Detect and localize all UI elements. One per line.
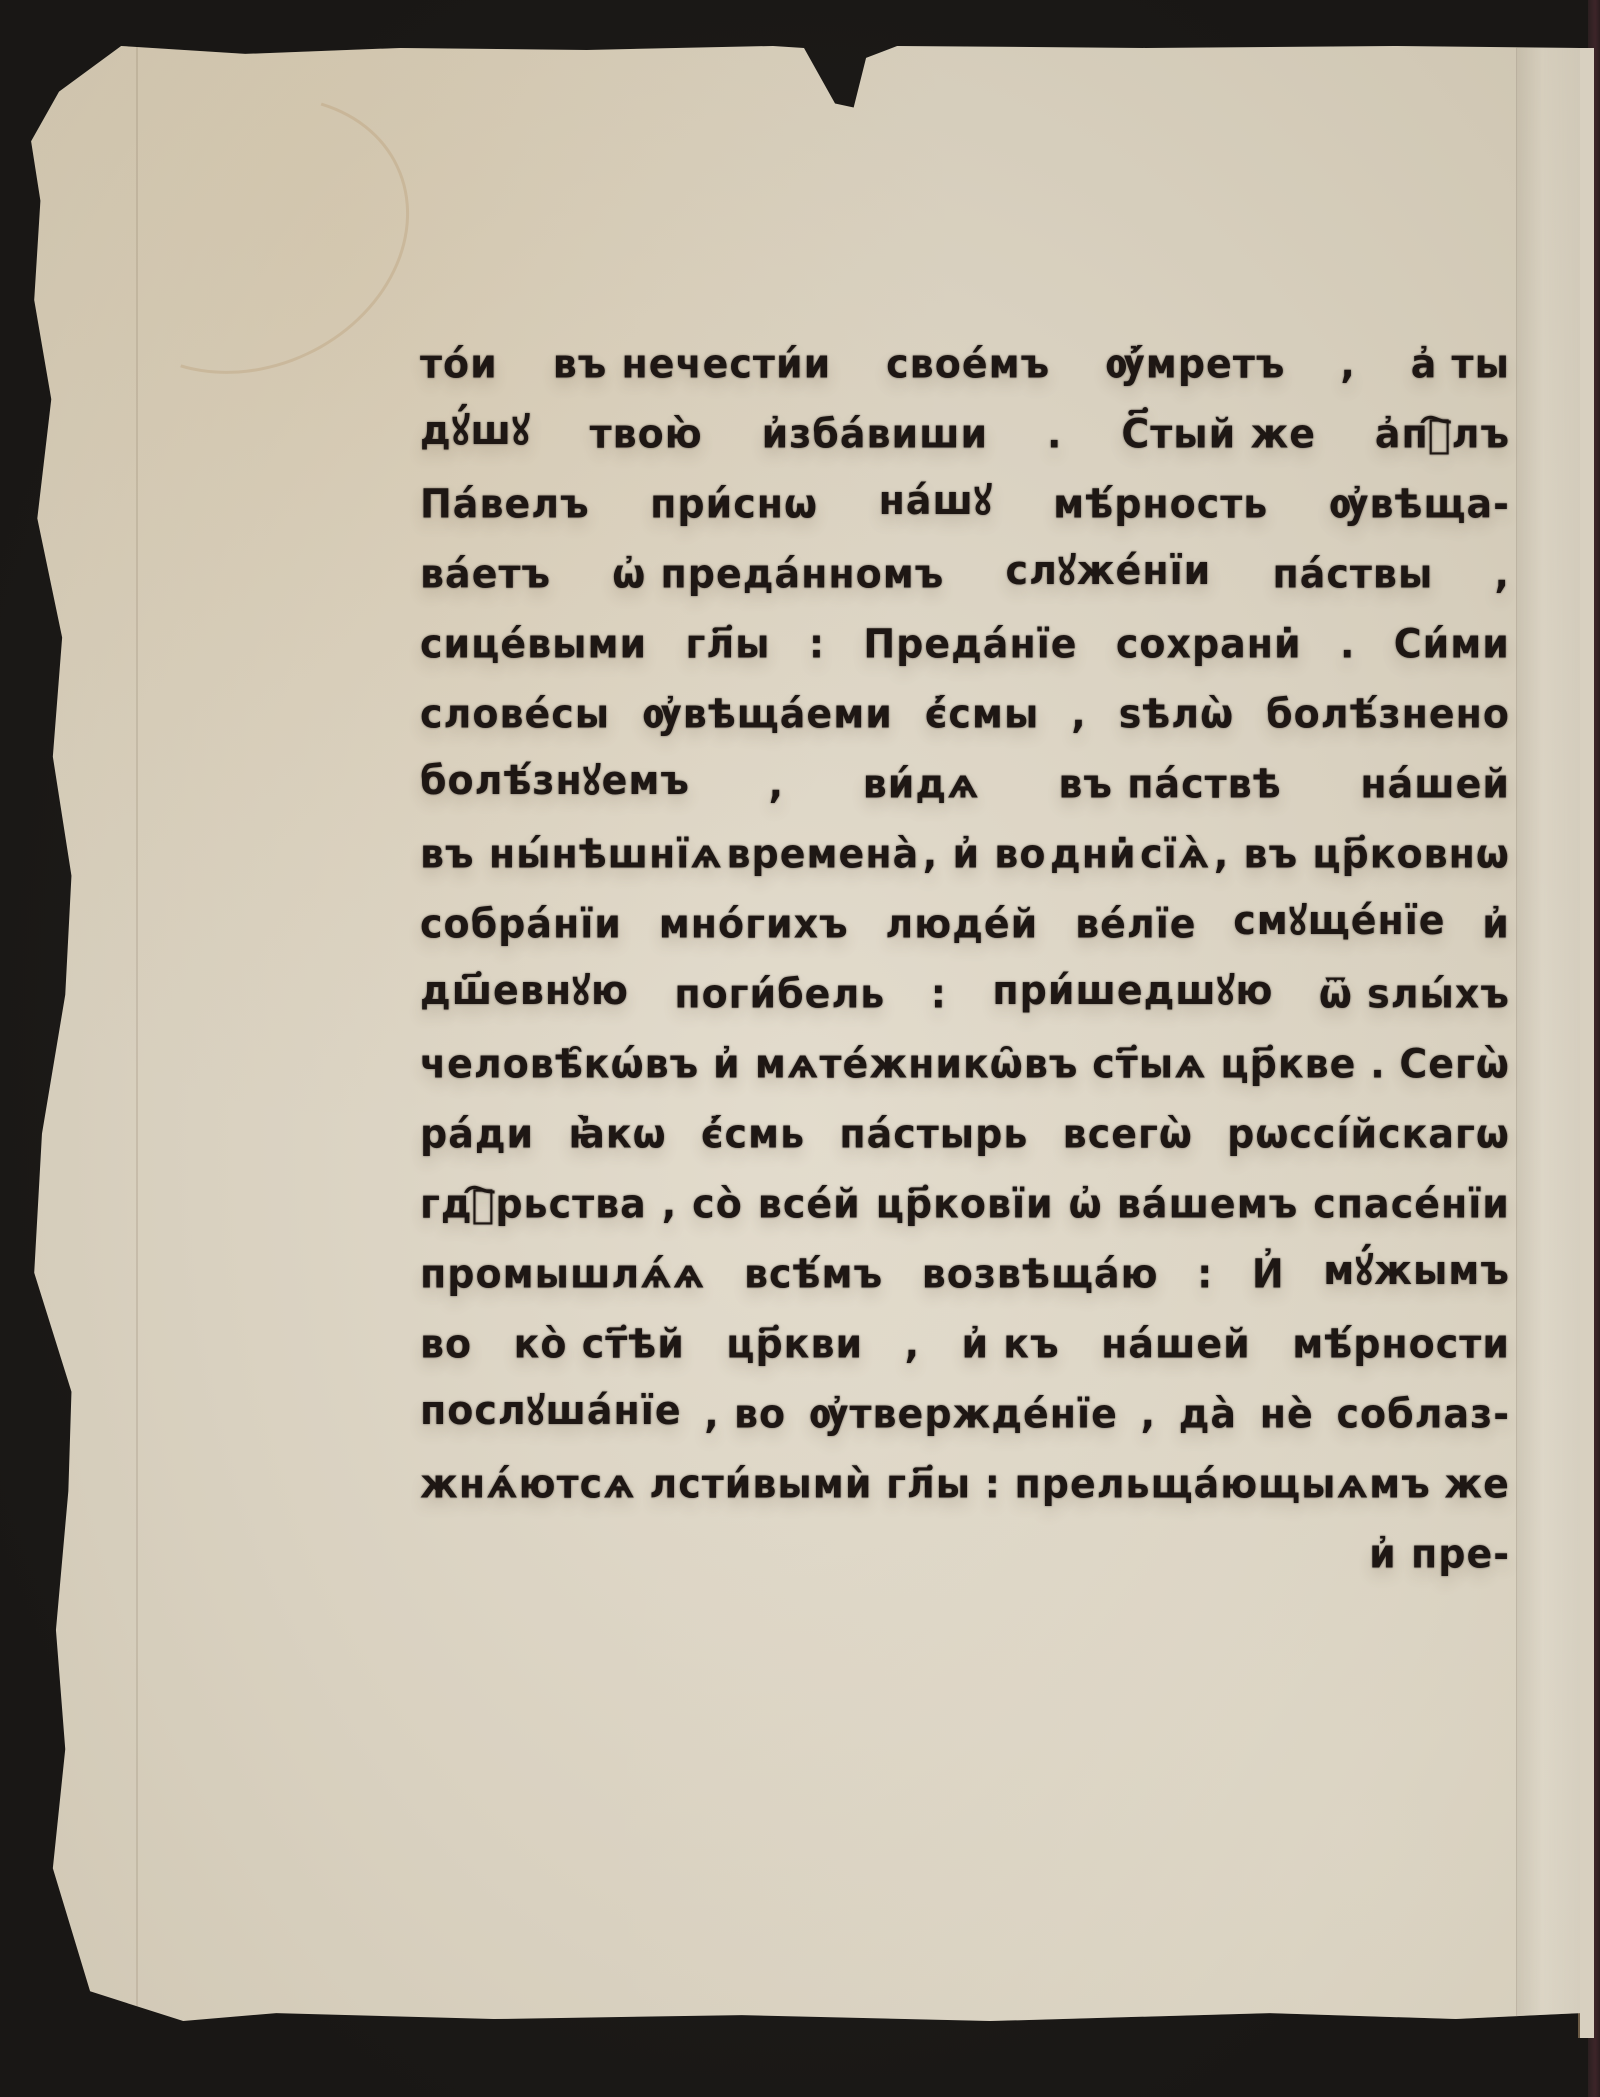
word: болѣ́знено [1266,691,1510,737]
word: спасе́нїи [1313,1181,1510,1227]
word: , [769,761,784,807]
word: , [1071,691,1086,737]
word: смꙋще́нїе [1233,892,1445,947]
text-line: жнѧ́ютсѧлсти́вымѝгл҃ы:прельща́ющыѧмъже [420,1433,1510,1507]
word: . [1340,621,1355,667]
word: є҆́смы [925,691,1039,737]
word: мꙋ́жымъ [1323,1242,1510,1297]
word: ѹ҆твержде́нїе [809,1391,1118,1437]
word: ѹ҆вѣща- [1329,481,1510,527]
text-line: человѣ̑кѡ́въи҆ мѧте́жникѡ̑въст҃ыѧцр҃кве.… [420,1013,1510,1087]
word: ст҃ыѧ [1092,1041,1207,1087]
word: соблаз- [1336,1391,1510,1437]
word: И҆ [1252,1251,1285,1297]
word: Сегѡ̀ [1399,1041,1510,1087]
word: твою̀ [590,411,703,457]
catchword: и҆ пре- [1369,1531,1510,1577]
word: возвѣща́ю [922,1251,1159,1297]
word: ѡ҆ преда́нномъ [612,551,944,597]
page-fold-strip [1516,42,1581,2027]
word: : [931,971,947,1017]
word: , во [704,1391,786,1437]
word: промышлѧ́ѧ [420,1251,705,1297]
word: Па́велъ [420,481,590,527]
word: и҆ [1482,901,1510,947]
word: С҃тый же [1121,411,1316,457]
word: да̀ [1179,1391,1237,1437]
word: во [420,1321,472,1367]
word: дни̇ [1050,831,1137,877]
word: поги́бель [674,971,885,1017]
text-line: гдⷭ҇рьства,со̀все́йцр҃ковїиѡ҆ ва́шемъспа… [420,1153,1510,1227]
word: , въ цр҃ковнѡ [1214,831,1510,877]
word: то́и [420,341,498,387]
word: па́ствы [1272,551,1433,597]
word: болѣ́знꙋемъ [420,752,690,807]
word: на́шей [1360,761,1510,807]
text-line: Па́велъпри́снѡна́шꙋмѣ́рностьѹ҆вѣща- [420,453,1510,527]
word: прельща́ющыѧмъ [1014,1461,1430,1507]
word: ра́ди [420,1111,534,1157]
word: всегѡ̀ [1063,1111,1193,1157]
word: на́шꙋ [879,472,993,527]
text-line: дш҃евнꙋюпоги́бель:при́шедшꙋюѿ ѕлы́хъ [420,943,1510,1017]
word: . [1370,1041,1385,1087]
catchword-line: и҆ пре- [420,1503,1510,1577]
word: : [1197,1251,1213,1297]
word: въ нечести́и [553,341,832,387]
word: цр҃ковїи [876,1181,1054,1227]
word: люде́й [885,901,1038,947]
word: при́шедшꙋю [992,962,1273,1017]
word: лсти́вымѝ [649,1461,872,1507]
word: ѿ ѕлы́хъ [1319,971,1510,1017]
word: гл҃ы [886,1461,971,1507]
word: дш҃евнꙋю [420,962,629,1017]
word: , [1340,341,1355,387]
word: все́й [758,1181,861,1227]
word: , и҆ во [923,831,1047,877]
word: свое́мъ [886,341,1050,387]
page-crease [136,42,138,2027]
word: мѣ́рность [1053,481,1268,527]
word: мѣ́рности [1292,1321,1510,1367]
text-line: ра́диꙗ҆̀кѡє҆́смьпа́стырьвсегѡ̀рѡссі́йска… [420,1083,1510,1157]
text-line: собра́нїимно́гихълюде́йве́лїесмꙋще́нїеи҆ [420,873,1510,947]
word: є҆́смь [701,1111,805,1157]
text-line: дꙋ́шꙋтвою̀и҆зба́виши.С҃тый жеа҆пⷭ҇лъ [420,383,1510,457]
word: цр҃кви [726,1321,863,1367]
text-line: промышлѧ́ѧвсѣ́мъвозвѣща́ю:И҆мꙋ́жымъ [420,1223,1510,1297]
word: жнѧ́ютсѧ [420,1461,636,1507]
word: послꙋша́нїе [420,1382,682,1437]
word: и҆ къ [961,1321,1059,1367]
word: : [809,621,825,667]
word: ѹ҆́мретъ [1105,341,1285,387]
word: а҆пⷭ҇лъ [1375,411,1510,457]
text-line: въ ны́нѣшнїѧвремена̀, и҆ водни̇сїѧ̀, въ … [420,803,1510,877]
word: , [905,1321,920,1367]
word: ва́етъ [420,551,551,597]
text-line: воко̀ ст҃ѣйцр҃кви,и҆ къна́шеймѣ́рности [420,1293,1510,1367]
word: , [662,1181,677,1227]
word: . [1047,411,1062,457]
text-line: болѣ́знꙋемъ,ви́дѧвъ па́ствѣна́шей [420,733,1510,807]
word: гдⷭ҇рьства [420,1181,647,1227]
word: дꙋ́шꙋ [420,402,531,457]
word: мно́гихъ [659,901,849,947]
printed-text-block: то́ивъ нечести́исвое́мъѹ҆́мретъ,а҆ тыдꙋ́… [420,315,1510,1575]
text-line: то́ивъ нечести́исвое́мъѹ҆́мретъ,а҆ ты [420,313,1510,387]
word: времена̀ [726,831,919,877]
word: всѣ́мъ [744,1251,883,1297]
word: же [1444,1461,1510,1507]
text-line: слове́сыѹ҆вѣща́емиє҆́смы,ѕѣлѡ̀болѣ́знено [420,663,1510,737]
word: гл҃ы [685,621,770,667]
water-stain [47,46,455,425]
word: ѹ҆вѣща́еми [642,691,893,737]
word: на́шей [1101,1321,1251,1367]
word: сохрани̇ [1116,621,1302,667]
word: сїѧ̀ [1140,831,1210,877]
word: а҆ ты [1411,341,1510,387]
text-line: сице́вымигл҃ы:Преда́нїесохрани̇.Си́ми [420,593,1510,667]
word: въ па́ствѣ [1058,761,1281,807]
word: въ ны́нѣшнїѧ [420,831,723,877]
word: при́снѡ [650,481,818,527]
word: , [1495,551,1510,597]
text-line: послꙋша́нїе, воѹ҆твержде́нїе,да̀нѐсоблаз… [420,1363,1510,1437]
word: со̀ [692,1181,743,1227]
word: Преда́нїе [863,621,1077,667]
text-line: ва́етъѡ҆ преда́нномъслꙋже́нїипа́ствы, [420,523,1510,597]
word: слове́сы [420,691,610,737]
word: па́стырь [839,1111,1028,1157]
word: собра́нїи [420,901,622,947]
word: ви́дѧ [863,761,980,807]
word: сице́выми [420,621,647,667]
word: Си́ми [1394,621,1510,667]
word: и҆ мѧте́жникѡ̑въ [713,1041,1078,1087]
word: ѕѣлѡ̀ [1119,691,1234,737]
word: ве́лїе [1075,901,1196,947]
word: ѡ҆ ва́шемъ [1069,1181,1299,1227]
word: человѣ̑кѡ́въ [420,1041,699,1087]
word: слꙋже́нїи [1006,542,1212,597]
word: нѐ [1260,1391,1314,1437]
word: и҆зба́виши [762,411,989,457]
word: : [985,1461,1001,1507]
word: , [1141,1391,1156,1437]
adjacent-leaf-edge [1578,48,1594,2038]
word: ко̀ ст҃ѣй [514,1321,685,1367]
word: ꙗ҆̀кѡ [568,1111,666,1157]
word: цр҃кве [1220,1041,1356,1087]
word: рѡссі́йскагѡ [1227,1111,1510,1157]
